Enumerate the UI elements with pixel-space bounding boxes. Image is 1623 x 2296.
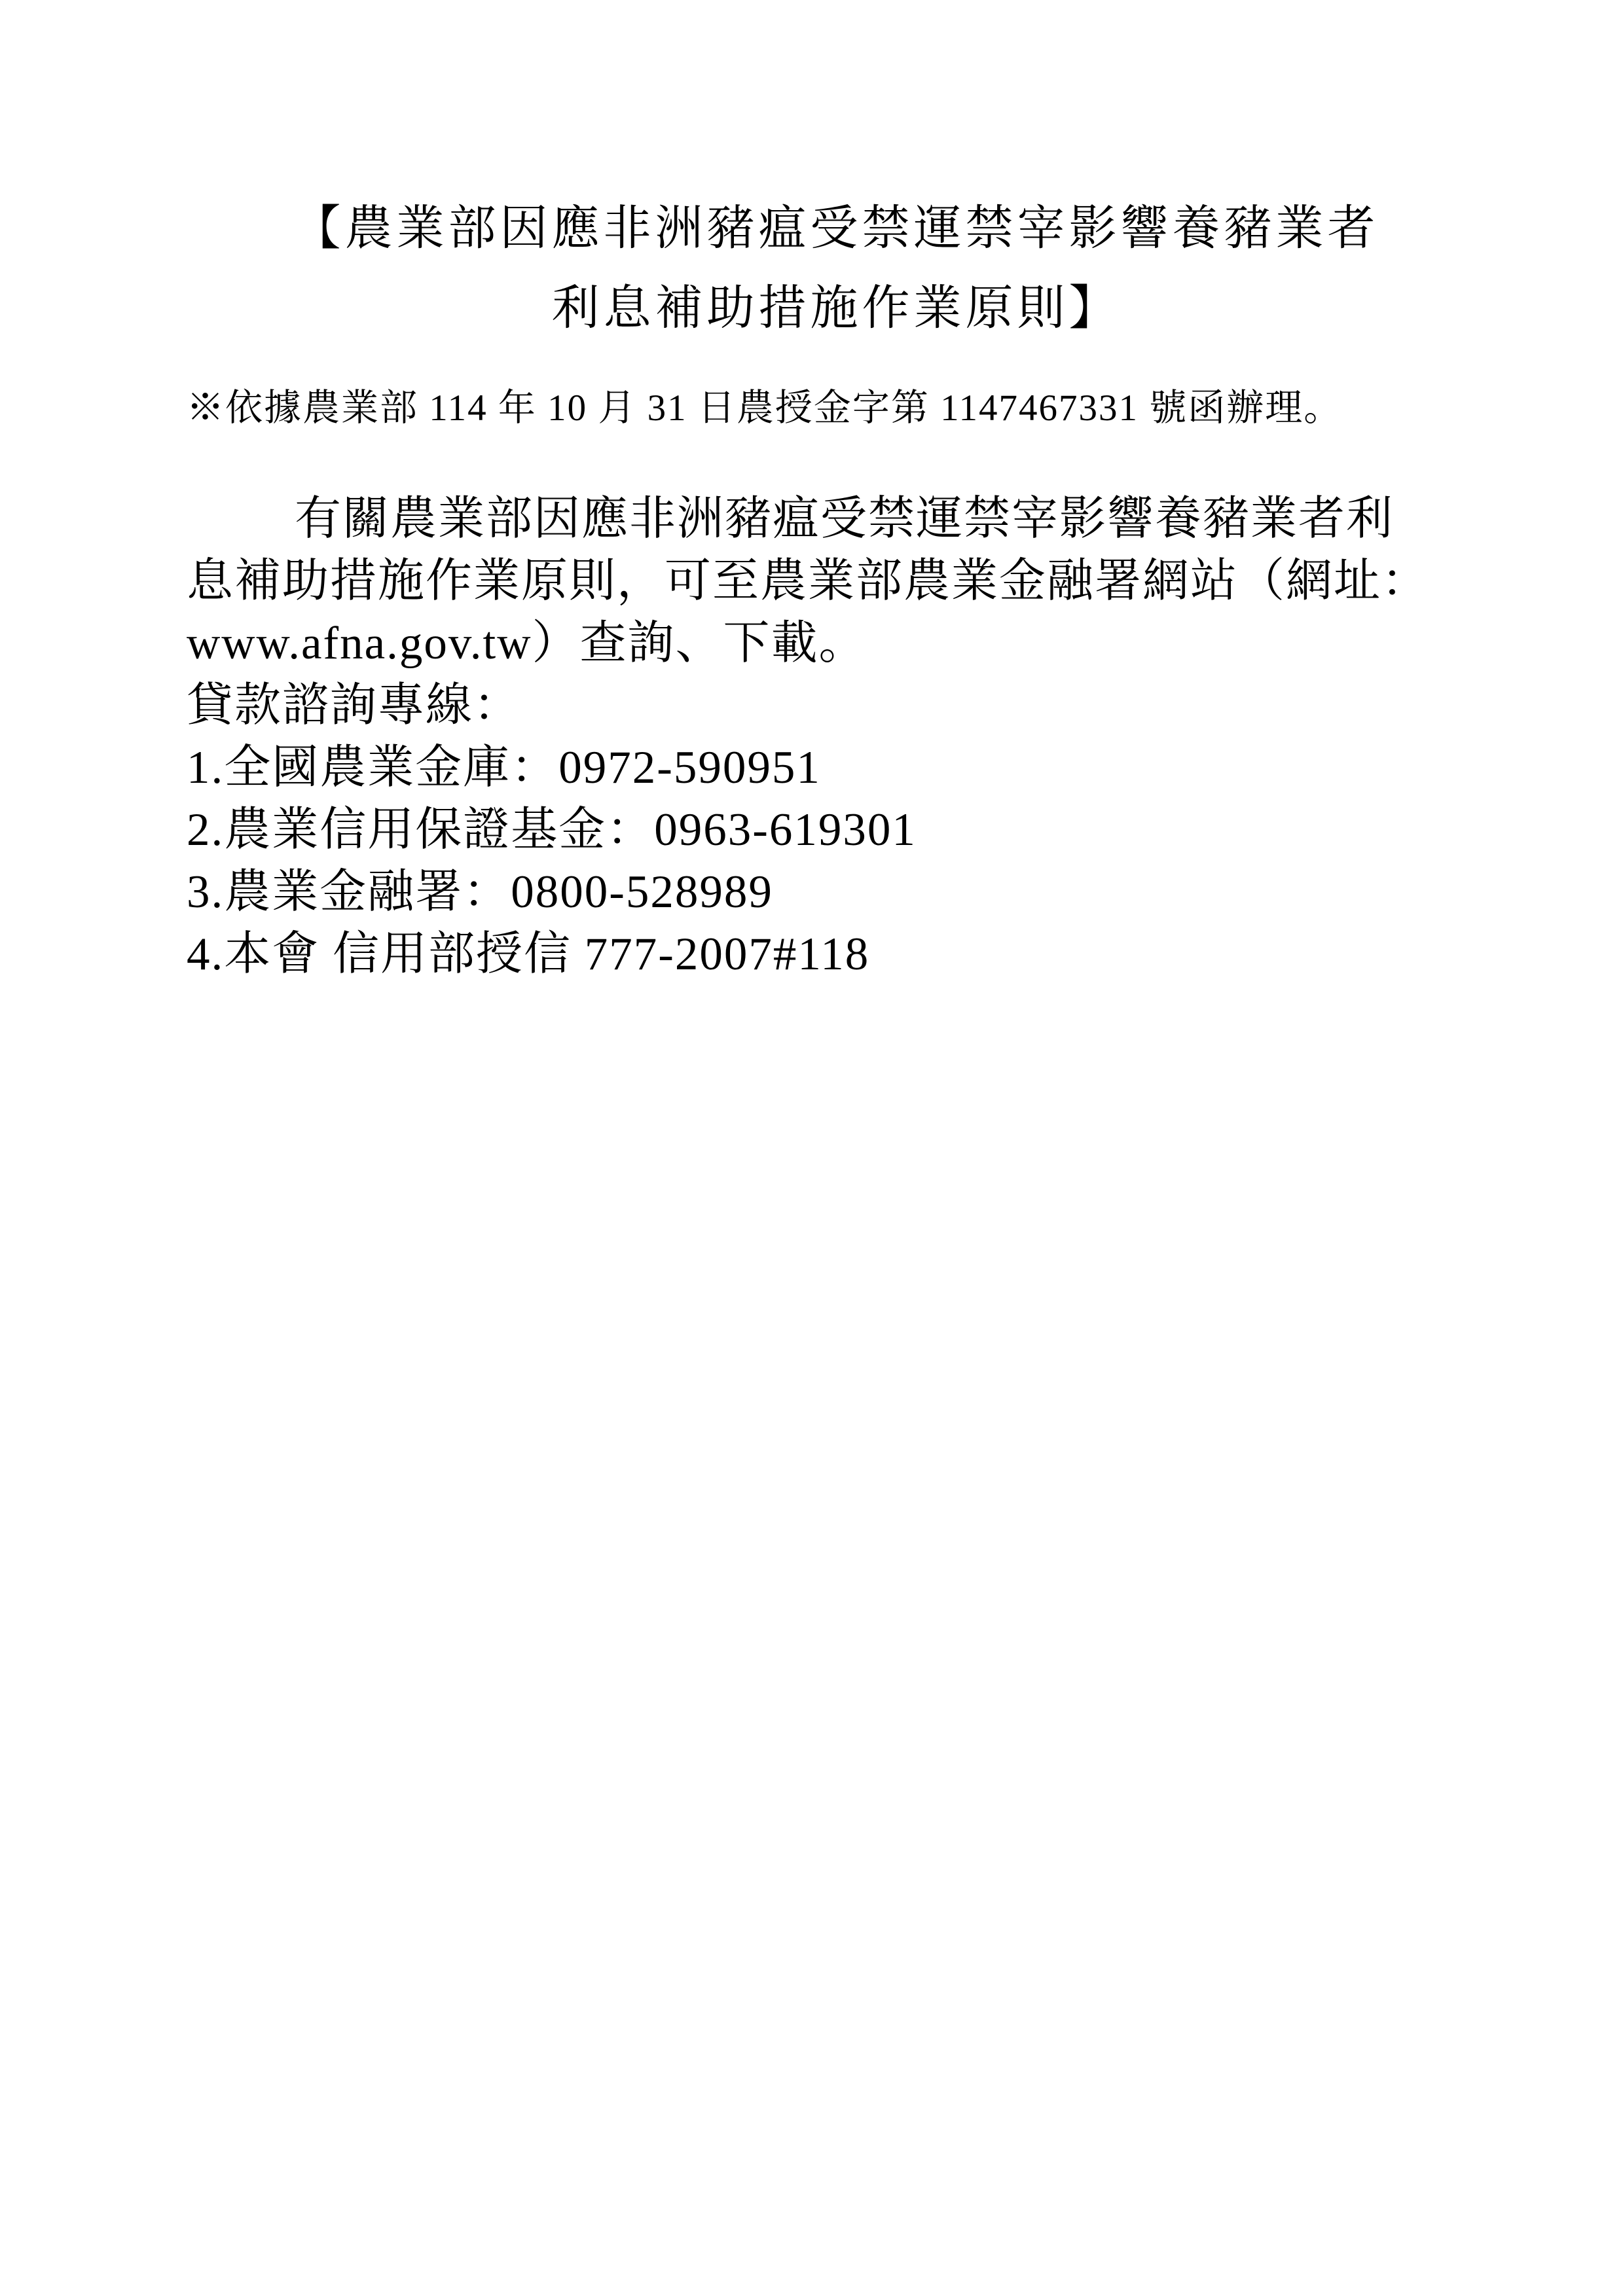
document-title: 【農業部因應非洲豬瘟受禁運禁宰影響養豬業者 利息補助措施作業原則】 xyxy=(187,188,1486,348)
hotline-item-national-agricultural-bank: 1.全國農業金庫：0972-590951 xyxy=(187,737,1486,799)
paragraph-line-1: 有關農業部因應非洲豬瘟受禁運禁宰影響養豬業者利 xyxy=(187,488,1486,550)
document-page: 【農業部因應非洲豬瘟受禁運禁宰影響養豬業者 利息補助措施作業原則】 ※依據農業部… xyxy=(0,0,1623,2296)
hotline-heading: 貸款諮詢專線： xyxy=(187,675,1486,737)
paragraph-line-3-website-url: www.afna.gov.tw）查詢、下載。 xyxy=(187,613,1486,675)
hotline-item-credit-department: 4.本會 信用部授信 777-2007#118 xyxy=(187,924,1486,986)
document-content: 【農業部因應非洲豬瘟受禁運禁宰影響養豬業者 利息補助措施作業原則】 ※依據農業部… xyxy=(187,188,1486,986)
hotline-item-bureau-of-agricultural-finance: 3.農業金融署：0800-528989 xyxy=(187,861,1486,924)
reference-note: ※依據農業部 114 年 10 月 31 日農授金字第 1147467331 號… xyxy=(187,384,1486,433)
paragraph-line-2: 息補助措施作業原則，可至農業部農業金融署網站（網址： xyxy=(187,550,1486,613)
hotline-item-agricultural-credit-guarantee-fund: 2.農業信用保證基金：0963-619301 xyxy=(187,799,1486,861)
document-body: 有關農業部因應非洲豬瘟受禁運禁宰影響養豬業者利 息補助措施作業原則，可至農業部農… xyxy=(187,488,1486,986)
hotline-list: 1.全國農業金庫：0972-590951 2.農業信用保證基金：0963-619… xyxy=(187,737,1486,986)
title-line-1: 【農業部因應非洲豬瘟受禁運禁宰影響養豬業者 xyxy=(187,188,1486,268)
title-line-2: 利息補助措施作業原則】 xyxy=(187,268,1486,348)
